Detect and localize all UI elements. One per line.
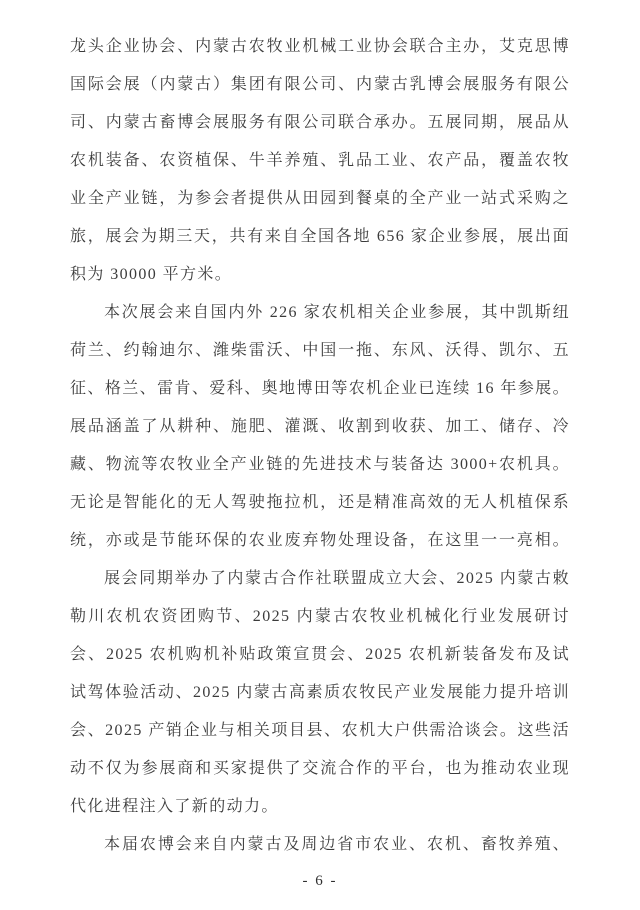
text-line: 国际会展（内蒙古）集团有限公司、内蒙古乳博会展服务有限公 [70,66,570,104]
text-line: 业全产业链，为参会者提供从田园到餐桌的全产业一站式采购之 [70,180,570,218]
page-number: - 6 - [0,870,640,892]
text-line: 会、2025 产销企业与相关项目县、农机大户供需洽谈会。这些活 [70,712,570,750]
text-line: 司、内蒙古畜博会展服务有限公司联合承办。五展同期，展品从 [70,104,570,142]
text-line: 荷兰、约翰迪尔、潍柴雷沃、中国一拖、东风、沃得、凯尔、五 [70,332,570,370]
text-line: 勒川农机农资团购节、2025 内蒙古农牧业机械化行业发展研讨 [70,598,570,636]
text-line: 龙头企业协会、内蒙古农牧业机械工业协会联合主办，艾克思博 [70,28,570,66]
text-line: 试驾体验活动、2025 内蒙古高素质农牧民产业发展能力提升培训 [70,674,570,712]
text-line: 本次展会来自国内外 226 家农机相关企业参展，其中凯斯纽 [70,294,570,332]
text-line: 动不仅为参展商和买家提供了交流合作的平台，也为推动农业现 [70,750,570,788]
text-line: 会、2025 农机购机补贴政策宣贯会、2025 农机新装备发布及试乘 [70,636,570,674]
text-line: 旅，展会为期三天，共有来自全国各地 656 家企业参展，展出面 [70,218,570,256]
text-line: 农机装备、农资植保、牛羊养殖、乳品工业、农产品，覆盖农牧 [70,142,570,180]
text-line: 展会同期举办了内蒙古合作社联盟成立大会、2025 内蒙古敕 [70,560,570,598]
text-line: 本届农博会来自内蒙古及周边省市农业、农机、畜牧养殖、 [70,826,570,864]
text-line: 无论是智能化的无人驾驶拖拉机，还是精准高效的无人机植保系 [70,484,570,522]
document-page: 龙头企业协会、内蒙古农牧业机械工业协会联合主办，艾克思博 国际会展（内蒙古）集团… [0,0,640,910]
text-line: 代化进程注入了新的动力。 [70,788,570,826]
text-line: 征、格兰、雷肯、爱科、奥地博田等农机企业已连续 16 年参展。 [70,370,570,408]
text-line: 积为 30000 平方米。 [70,256,570,294]
text-line: 统，亦或是节能环保的农业废弃物处理设备，在这里一一亮相。 [70,522,570,560]
document-body: 龙头企业协会、内蒙古农牧业机械工业协会联合主办，艾克思博 国际会展（内蒙古）集团… [0,0,640,864]
text-line: 展品涵盖了从耕种、施肥、灌溉、收割到收获、加工、储存、冷 [70,408,570,446]
text-line: 藏、物流等农牧业全产业链的先进技术与装备达 3000+农机具。 [70,446,570,484]
